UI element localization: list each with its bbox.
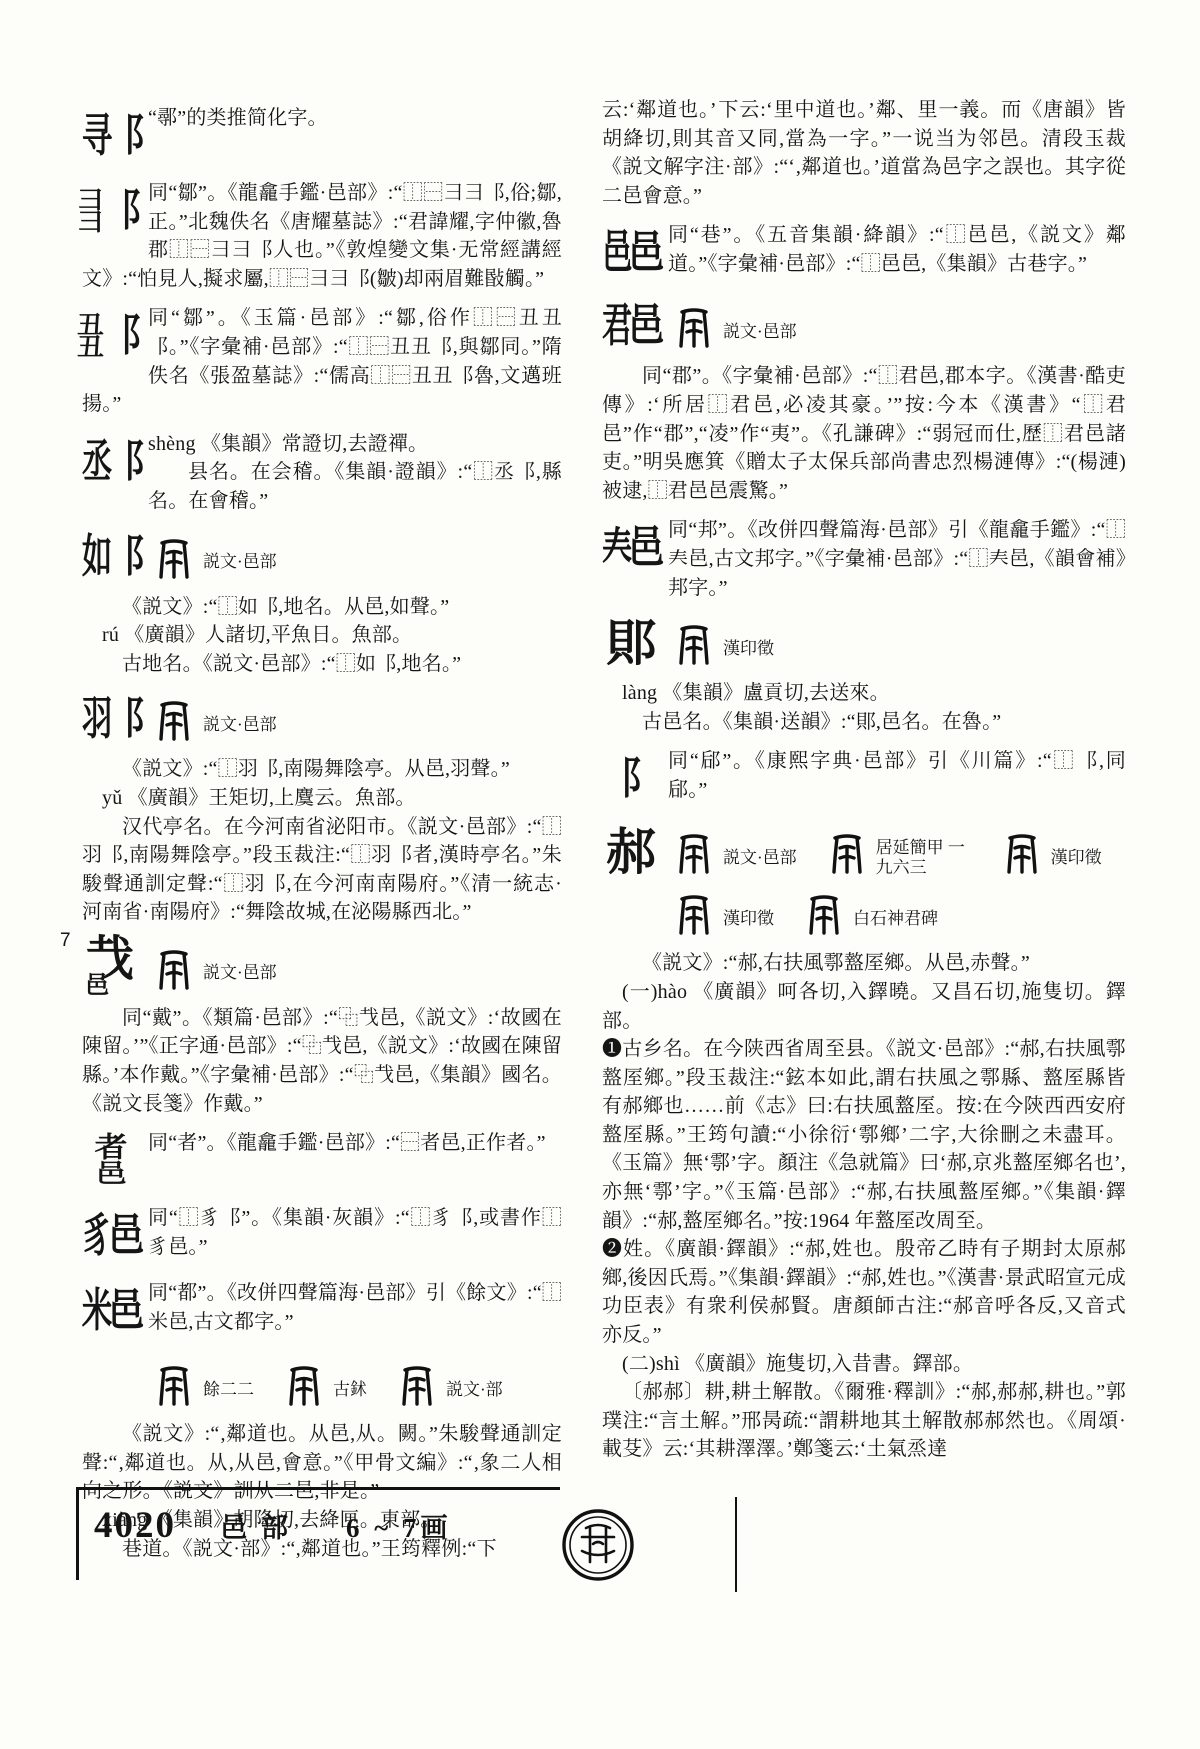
headword-character: 如⻏	[82, 527, 140, 587]
headword-part: ⻏	[105, 189, 140, 233]
page-footer: 4020 邑部 6 ~ 7画	[94, 1504, 452, 1547]
headword-compose: 豸邑	[82, 1206, 140, 1266]
attested-form: 居延簡甲 一九六三	[827, 832, 972, 883]
seal-script-glyph-icon	[674, 893, 714, 939]
attestation-source-label: 説文·𨛜部	[446, 1380, 503, 1400]
headword-row: 君邑説文·邑部	[602, 296, 1126, 357]
headword-part-stack: 丑丑	[77, 314, 104, 358]
seal-script-form	[154, 537, 194, 588]
headword-part: 邑	[628, 304, 664, 348]
attestation-source-label: 説文·邑部	[723, 322, 797, 342]
seal-script-form	[674, 623, 714, 674]
headword-part: ⻏	[108, 697, 144, 741]
page-number: 4020	[94, 1504, 176, 1547]
attestation-list: 説文·邑部	[674, 296, 797, 357]
entry-paragraph: 同“⿰豸⻏”。《集韻·灰韻》:“⿰豸⻏,或書作⿰豸邑。”	[82, 1204, 562, 1261]
seal-script-glyph-icon	[154, 537, 194, 583]
dictionary-entry: 寻⻏“鄩”的类推简化字。	[82, 104, 562, 168]
seal-script-form	[674, 832, 714, 883]
attested-form: 説文·邑部	[154, 699, 277, 750]
headword-compose: 丑丑⻏	[82, 306, 140, 366]
entry-paragraph: 云:‘鄰道也。’𨞰下云:‘里中道也。’鄰、里一義。而《唐韻》皆胡絳切,則其音又同…	[602, 96, 1126, 210]
seal-script-form	[284, 1364, 324, 1415]
attested-form: 説文·邑部	[674, 306, 797, 357]
headword-part: 丑	[77, 337, 104, 357]
dictionary-entry: 郝説文·邑部居延簡甲 一九六三漢印徵漢印徵白石神君碑《説文》:“郝,右扶風鄠盩厔…	[602, 822, 1126, 1464]
seal-script-glyph-icon	[674, 832, 714, 878]
entry-paragraph: làng 《集韻》盧貢切,去送來。	[602, 679, 1126, 708]
headword-row: 郝説文·邑部居延簡甲 一九六三漢印徵漢印徵白石神君碑	[602, 822, 1126, 944]
dictionary-entry: 丑丑⻏同“鄒”。《玉篇·邑部》:“鄒,俗作⿰⿱丑丑⻏。”《字彙補·邑部》:“⿰⿱…	[82, 304, 562, 418]
attestation-list: 説文·邑部	[154, 527, 277, 588]
attested-form: 古鉥	[284, 1364, 367, 1415]
footer-right-rule	[735, 1497, 737, 1592]
entry-paragraph: 同“鄒”。《龍龕手鑑·邑部》:“⿰⿱彐彐⻏,俗;鄒,正。”北魏佚名《唐耀墓誌》:…	[82, 179, 562, 293]
headword-compose: 𡗗邑	[602, 518, 660, 578]
headword-character: 丑丑⻏	[82, 306, 140, 366]
seal-script-glyph-icon	[674, 623, 714, 669]
footer-left-rule	[76, 1487, 79, 1580]
dictionary-entry: 米邑同“都”。《改併四聲篇海·邑部》引《餘文》:“⿰米邑,古文都字。”	[82, 1279, 562, 1343]
headword-character: 𠂋⻏	[602, 749, 660, 809]
attested-form: 漢印徵	[674, 893, 774, 944]
entry-paragraph: 同“巷”。《五音集韻·絳韻》:“⿰邑邑,《説文》鄰道。”《字彙補·邑部》:“⿰邑…	[602, 221, 1126, 278]
attestation-source-label: 漢印徵	[723, 639, 774, 659]
attested-form: 餘二二	[154, 1364, 254, 1415]
entry-paragraph: (二)shì 《廣韻》施隻切,入昔書。鐸部。	[602, 1350, 1126, 1379]
seal-script-glyph-icon	[1002, 832, 1042, 878]
entry-paragraph: 〔郝郝〕耕,耕土解散。《爾雅·釋訓》:“郝,郝郝,耕也。”郭璞注:“言土解。”邢…	[602, 1378, 1126, 1464]
dictionary-entry: 君邑説文·邑部同“郡”。《字彙補·邑部》:“⿰君邑,郡本字。《漢書·酷吏傳》:‘…	[602, 296, 1126, 505]
headword-compose: 𠂋⻏	[602, 749, 660, 809]
dictionary-page: 寻⻏“鄩”的类推简化字。彐彐⻏同“鄒”。《龍龕手鑑·邑部》:“⿰⿱彐彐⻏,俗;鄒…	[0, 0, 1200, 1749]
seal-script-form	[154, 948, 194, 999]
headword-character: 寻⻏	[82, 106, 140, 166]
headword-row: 𢦏邑説文·邑部	[82, 938, 562, 999]
entry-paragraph: 《説文》:“𨛜,鄰道也。从邑,从𨙨。闕。”朱駿聲通訓定聲:“𨛜,鄰道也。从𨙨,从…	[82, 1420, 562, 1506]
entry-paragraph: ❷姓。《廣韻·鐸韻》:“郝,姓也。殷帝乙時有子期封太原郝鄉,後因氏焉。”《集韻·…	[602, 1235, 1126, 1349]
seal-script-form	[1002, 832, 1042, 883]
dictionary-entry: 丞⻏shèng 《集韻》常證切,去證禪。县名。在会稽。《集韻·證韻》:“⿰丞⻏,…	[82, 430, 562, 516]
entry-paragraph: 同“郡”。《字彙補·邑部》:“⿰君邑,郡本字。《漢書·酷吏傳》:‘所居⿰君邑,必…	[602, 362, 1126, 505]
attestation-list: 説文·邑部	[154, 938, 277, 999]
dictionary-entry: 如⻏説文·邑部《説文》:“⿰如⻏,地名。从邑,如聲。”rú 《廣韻》人諸切,平魚…	[82, 527, 562, 679]
dictionary-entry: 7𢦏邑説文·邑部同“戴”。《類篇·邑部》:“⿻𢦏邑,《説文》:‘故國在陳留。’”…	[82, 938, 562, 1118]
attested-form: 説文·邑部	[154, 537, 277, 588]
attestation-source-label: 白石神君碑	[853, 909, 938, 929]
seal-script-glyph-icon	[154, 948, 194, 994]
headword-part: ⻏	[108, 440, 144, 484]
entry-paragraph: 同“都”。《改併四聲篇海·邑部》引《餘文》:“⿰米邑,古文都字。”	[82, 1279, 562, 1336]
headword-part: 者	[95, 1138, 128, 1160]
entry-paragraph: 同“邦”。《改併四聲篇海·邑部》引《龍龕手鑑》:“⿰𡗗邑,古文邦字。”《字彙補·…	[602, 516, 1126, 602]
dictionary-entry: 𠂋⻏同“郈”。《康熙字典·邑部》引《川篇》:“⿰𠂋⻏,同郈。”	[602, 747, 1126, 811]
attestation-source-label: 古鉥	[333, 1380, 367, 1400]
headword-part: 邑	[108, 1289, 144, 1333]
entry-paragraph: 《説文》:“⿰如⻏,地名。从邑,如聲。”	[82, 593, 562, 622]
headword-compose: 寻⻏	[82, 106, 140, 166]
headword-part: 邑	[85, 974, 109, 998]
entry-paragraph: 《説文》:“⿰羽⻏,南陽舞陰亭。从邑,羽聲。”	[82, 755, 562, 784]
seal-script-glyph-icon	[674, 306, 714, 352]
attestation-source-label: 居延簡甲 一九六三	[876, 838, 972, 878]
headword-compose: 𢦏邑	[82, 938, 140, 998]
attestation-list: 説文·邑部	[154, 689, 277, 750]
attestation-list: 餘二二古鉥説文·𨛜部	[154, 1354, 503, 1415]
attested-form: 説文·邑部	[674, 832, 797, 883]
attested-form: 漢印徵	[1002, 832, 1102, 883]
attested-form: 白石神君碑	[804, 893, 938, 944]
headword-part: 邑	[108, 1214, 144, 1258]
headword-compose: 邑邑	[602, 223, 660, 283]
dictionary-entry: 彐彐⻏同“鄒”。《龍龕手鑑·邑部》:“⿰⿱彐彐⻏,俗;鄒,正。”北魏佚名《唐耀墓…	[82, 179, 562, 293]
dictionary-entry: 邑邑同“巷”。《五音集韻·絳韻》:“⿰邑邑,《説文》鄰道。”《字彙補·邑部》:“…	[602, 221, 1126, 285]
entry-paragraph: 县名。在会稽。《集韻·證韻》:“⿰丞⻏,縣名。在會稽。”	[82, 458, 562, 515]
entry-paragraph: 同“者”。《龍龕手鑑·邑部》:“⿱者邑,正作者。”	[82, 1129, 562, 1158]
seal-script-glyph-icon	[397, 1364, 437, 1410]
headword-part: ⻏	[108, 535, 144, 579]
entry-paragraph: 同“戴”。《類篇·邑部》:“⿻𢦏邑,《説文》:‘故國在陳留。’”《正字通·邑部》…	[82, 1004, 562, 1118]
column-left: 寻⻏“鄩”的类推简化字。彐彐⻏同“鄒”。《龍龕手鑑·邑部》:“⿰⿱彐彐⻏,俗;鄒…	[82, 104, 562, 1574]
attested-form: 漢印徵	[674, 623, 774, 674]
radical-label: 邑部	[220, 1506, 302, 1545]
entry-paragraph: 同“鄒”。《玉篇·邑部》:“鄒,俗作⿰⿱丑丑⻏。”《字彙補·邑部》:“⿰⿱丑丑⻏…	[82, 304, 562, 418]
entry-paragraph: 古地名。《説文·邑部》:“⿰如⻏,地名。”	[82, 650, 562, 679]
dictionary-entry: 豸邑同“⿰豸⻏”。《集韻·灰韻》:“⿰豸⻏,或書作⿰豸邑。”	[82, 1204, 562, 1268]
stroke-range-label: 6 ~ 7画	[346, 1506, 452, 1545]
headword-part: 彐	[77, 190, 104, 210]
seal-script-form	[154, 1364, 194, 1415]
headword-part: 邑	[96, 1164, 127, 1183]
headword-compose: 如⻏	[82, 527, 140, 587]
seal-script-form	[827, 832, 867, 883]
dictionary-entry: 者邑同“者”。《龍龕手鑑·邑部》:“⿱者邑,正作者。”	[82, 1129, 562, 1193]
headword-compose: 彐彐⻏	[82, 181, 140, 241]
dictionary-entry: 𡗗邑同“邦”。《改併四聲篇海·邑部》引《龍龕手鑑》:“⿰𡗗邑,古文邦字。”《字彙…	[602, 516, 1126, 602]
attestation-list: 説文·邑部居延簡甲 一九六三漢印徵漢印徵白石神君碑	[674, 822, 1104, 944]
seal-stamp-icon	[560, 1506, 636, 1584]
dictionary-entry: 郥漢印徵làng 《集韻》盧貢切,去送來。古邑名。《集韻·送韻》:“郥,邑名。在…	[602, 613, 1126, 736]
attestation-source-label: 説文·邑部	[203, 552, 277, 572]
headword-character: 羽⻏	[82, 689, 140, 749]
seal-script-form	[804, 893, 844, 944]
entry-paragraph: 汉代亭名。在今河南省泌阳市。《説文·邑部》:“⿰羽⻏,南陽舞陰亭。”段玉裁注:“…	[82, 813, 562, 927]
entry-paragraph: shèng 《集韻》常證切,去證禪。	[82, 430, 562, 459]
seal-script-glyph-icon	[154, 1364, 194, 1410]
headword-character: 𡗗邑	[602, 518, 660, 578]
headword-row: 羽⻏説文·邑部	[82, 689, 562, 750]
headword-row: 𨛜餘二二古鉥説文·𨛜部	[82, 1354, 562, 1415]
headword-character: 米邑	[82, 1281, 140, 1341]
attestation-list: 漢印徵	[674, 613, 774, 674]
attested-form: 説文·𨛜部	[397, 1364, 503, 1415]
headword-compose: 丞⻏	[82, 432, 140, 492]
seal-script-glyph-icon	[154, 699, 194, 745]
headword-part: 彐	[77, 212, 104, 232]
entry-paragraph: yǔ 《廣韻》王矩切,上麌云。魚部。	[82, 784, 562, 813]
entry-paragraph: (一)hào 《廣韻》呵各切,入鐸曉。又昌石切,施隻切。鐸部。	[602, 978, 1126, 1035]
seal-script-glyph-icon	[284, 1364, 324, 1410]
publisher-seal-stamp	[560, 1506, 636, 1589]
headword-row: 如⻏説文·邑部	[82, 527, 562, 588]
headword-character: 者邑	[82, 1131, 140, 1191]
dictionary-entry: 云:‘鄰道也。’𨞰下云:‘里中道也。’鄰、里一義。而《唐韻》皆胡絳切,則其音又同…	[602, 96, 1126, 210]
entry-paragraph: rú 《廣韻》人諸切,平魚日。魚部。	[82, 621, 562, 650]
headword-character: 𨛜	[82, 1354, 140, 1414]
seal-script-glyph-icon	[804, 893, 844, 939]
headword-character: 郝	[602, 822, 660, 882]
column-right: 云:‘鄰道也。’𨞰下云:‘里中道也。’鄰、里一義。而《唐韻》皆胡絳切,則其音又同…	[602, 96, 1126, 1475]
dictionary-entry: 羽⻏説文·邑部《説文》:“⿰羽⻏,南陽舞陰亭。从邑,羽聲。”yǔ 《廣韻》王矩切…	[82, 689, 562, 927]
headword-compose: 羽⻏	[82, 689, 140, 749]
attestation-source-label: 説文·邑部	[723, 848, 797, 868]
attestation-source-label: 餘二二	[203, 1380, 254, 1400]
attestation-source-label: 説文·邑部	[203, 715, 277, 735]
headword-part-stack: 彐彐	[77, 189, 104, 233]
headword-character: 彐彐⻏	[82, 181, 140, 241]
entry-paragraph: “鄩”的类推简化字。	[82, 104, 562, 133]
headword-part: 邑	[628, 231, 664, 275]
entry-paragraph: 同“郈”。《康熙字典·邑部》引《川篇》:“⿰𠂋⻏,同郈。”	[602, 747, 1126, 804]
headword-part: ⻏	[605, 757, 641, 801]
headword-compose: 米邑	[82, 1281, 140, 1341]
headword-character: 𢦏邑	[82, 938, 140, 998]
attested-form: 説文·邑部	[154, 948, 277, 999]
attestation-source-label: 漢印徵	[1051, 848, 1102, 868]
seal-script-form	[154, 699, 194, 750]
headword-character: 邑邑	[602, 223, 660, 283]
seal-script-glyph-icon	[827, 832, 867, 878]
seal-script-form	[674, 306, 714, 357]
entry-paragraph: ❶古乡名。在今陕西省周至县。《説文·邑部》:“郝,右扶風鄠盩厔鄉。”段玉裁注:“…	[602, 1035, 1126, 1235]
headword-character: 豸邑	[82, 1206, 140, 1266]
attestation-source-label: 説文·邑部	[203, 963, 277, 983]
headword-compose: 君邑	[602, 296, 660, 356]
entry-paragraph: 古邑名。《集韻·送韻》:“郥,邑名。在魯。”	[602, 708, 1126, 737]
footer-rule	[76, 1487, 560, 1490]
seal-script-form	[397, 1364, 437, 1415]
stroke-count-marker: 7	[60, 930, 71, 952]
headword-character: 丞⻏	[82, 432, 140, 492]
headword-character: 郥	[602, 613, 660, 673]
headword-part: ⻏	[105, 314, 140, 358]
headword-row: 郥漢印徵	[602, 613, 1126, 674]
entry-paragraph: 《説文》:“郝,右扶風鄠盩厔鄉。从邑,赤聲。”	[602, 949, 1126, 978]
seal-script-form	[674, 893, 714, 944]
headword-character: 君邑	[602, 296, 660, 356]
attestation-source-label: 漢印徵	[723, 909, 774, 929]
headword-compose: 者邑	[95, 1136, 128, 1186]
headword-part: 邑	[628, 526, 664, 570]
headword-part: ⻏	[108, 114, 144, 158]
